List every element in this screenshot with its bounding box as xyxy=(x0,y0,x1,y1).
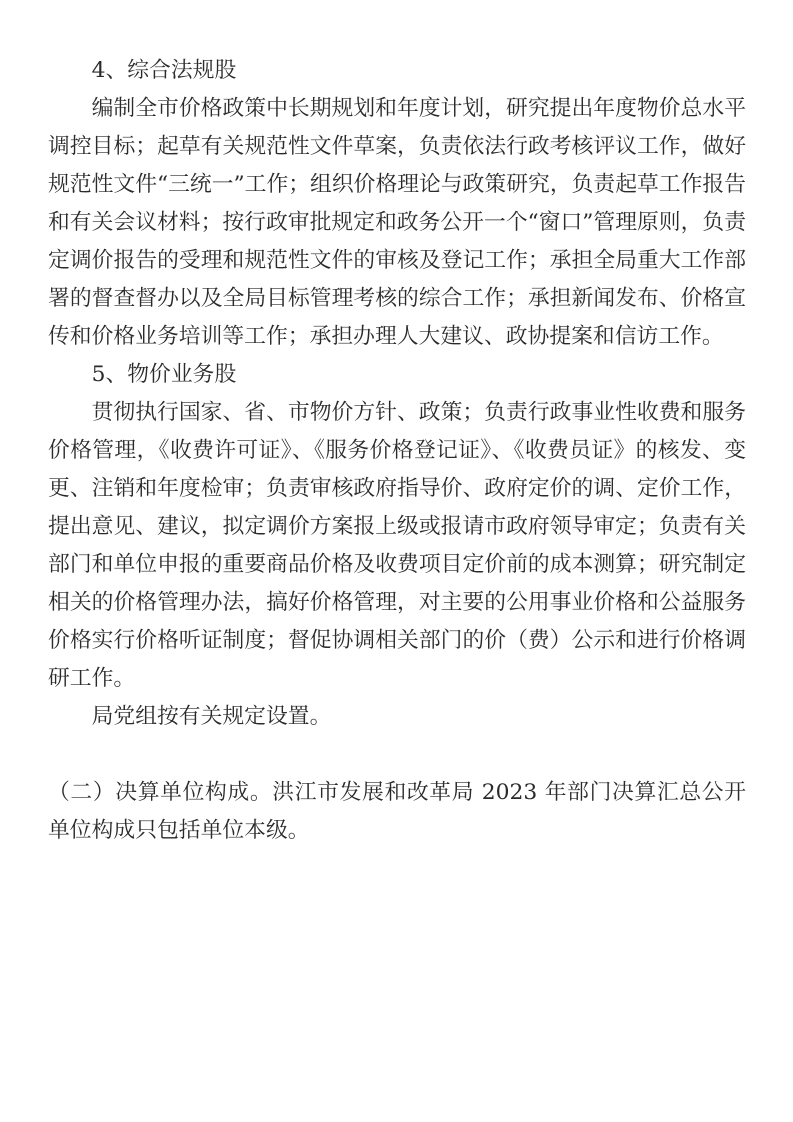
section-body-pricing: 贯彻执行国家、省、市物价方针、政策；负责行政事业性收费和服务价格管理，《收费许可… xyxy=(48,394,746,698)
section-body-legal: 编制全市价格政策中长期规划和年度计划，研究提出年度物价总水平调控目标；起草有关规… xyxy=(48,90,746,356)
section-heading-legal: 4、综合法规股 xyxy=(48,52,746,90)
party-note: 局党组按有关规定设置。 xyxy=(48,698,746,736)
paragraph-gap xyxy=(48,736,746,774)
unit-composition-paragraph: （二）决算单位构成。洪江市发展和改革局 2023 年部门决算汇总公开单位构成只包… xyxy=(48,774,746,850)
document-page: 4、综合法规股 编制全市价格政策中长期规划和年度计划，研究提出年度物价总水平调控… xyxy=(48,52,746,850)
section-heading-pricing: 5、物价业务股 xyxy=(48,356,746,394)
